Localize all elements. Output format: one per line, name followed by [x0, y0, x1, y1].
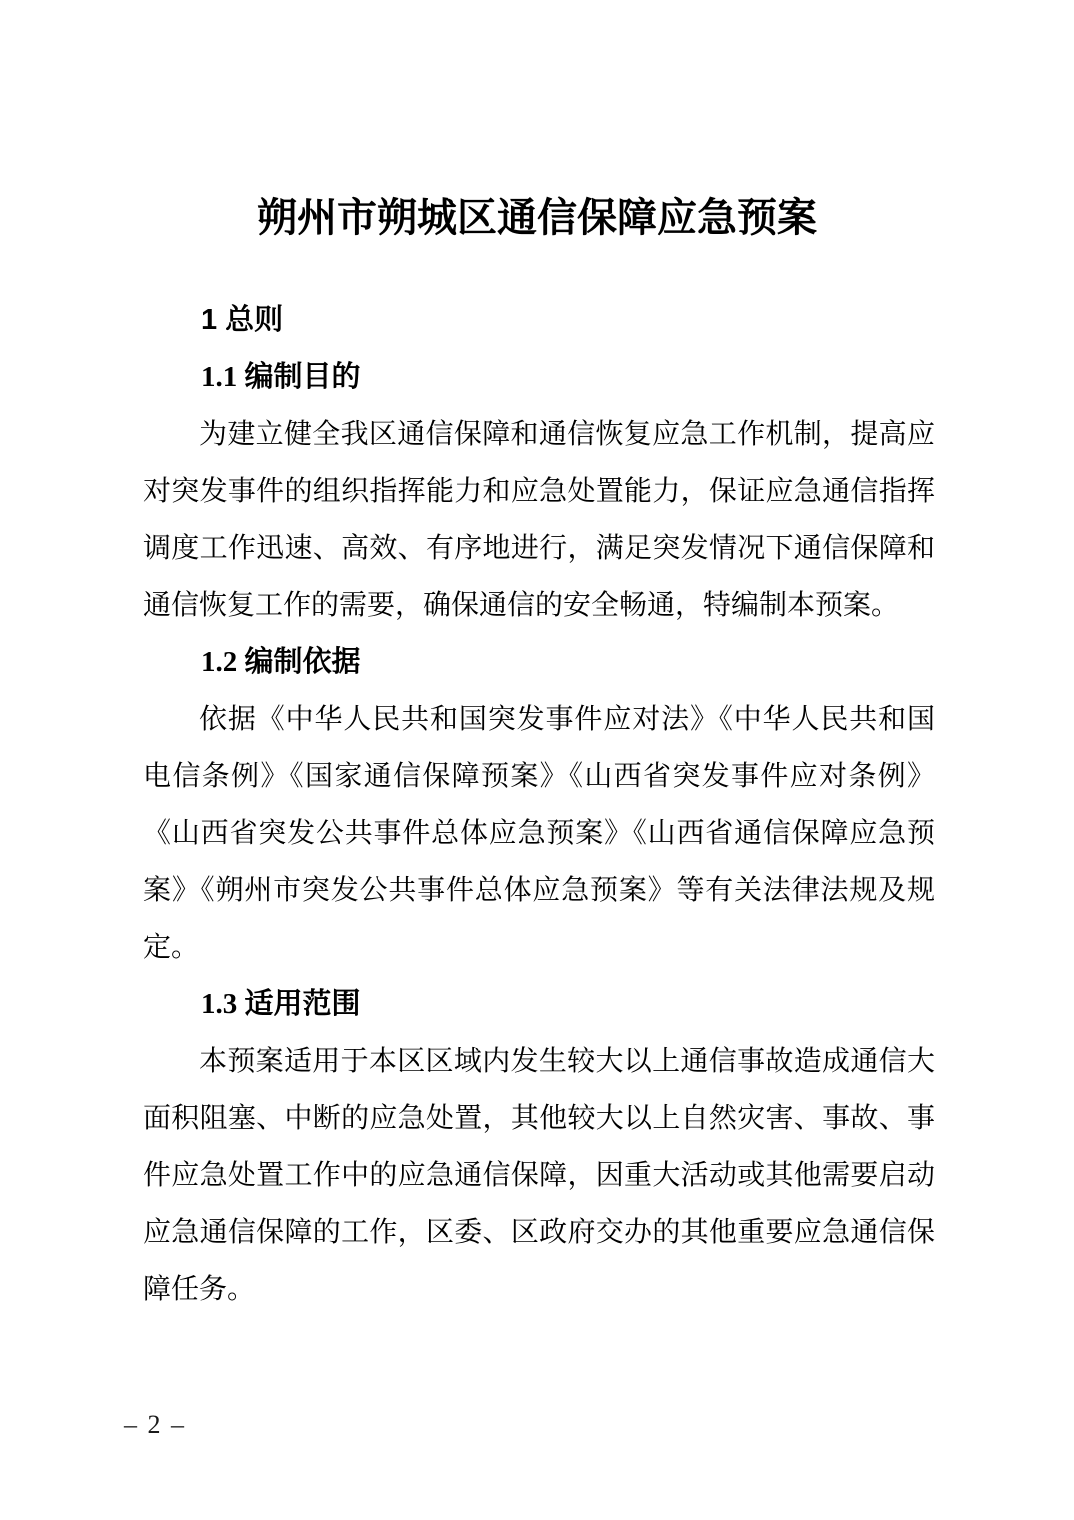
- document-page: 朔州市朔城区通信保障应急预案 1 总则1.1 编制目的为建立健全我区通信保障和通…: [0, 0, 1074, 1520]
- paragraph: 为建立健全我区通信保障和通信恢复应急工作机制，提高应对突发事件的组织指挥能力和应…: [143, 406, 935, 634]
- section-heading-3: 1.3 适用范围: [143, 976, 935, 1033]
- section-heading-0: 1 总则: [143, 292, 935, 349]
- document-body: 1 总则1.1 编制目的为建立健全我区通信保障和通信恢复应急工作机制，提高应对突…: [143, 292, 935, 1318]
- section-heading-1: 1.1 编制目的: [143, 349, 935, 406]
- page-number: – 2 –: [124, 1408, 186, 1442]
- paragraph: 本预案适用于本区区域内发生较大以上通信事故造成通信大面积阻塞、中断的应急处置，其…: [143, 1033, 935, 1318]
- section-heading-2: 1.2 编制依据: [143, 634, 935, 691]
- document-title: 朔州市朔城区通信保障应急预案: [0, 190, 1074, 246]
- paragraph: 依据《中华人民共和国突发事件应对法》《中华人民共和国电信条例》《国家通信保障预案…: [143, 691, 935, 976]
